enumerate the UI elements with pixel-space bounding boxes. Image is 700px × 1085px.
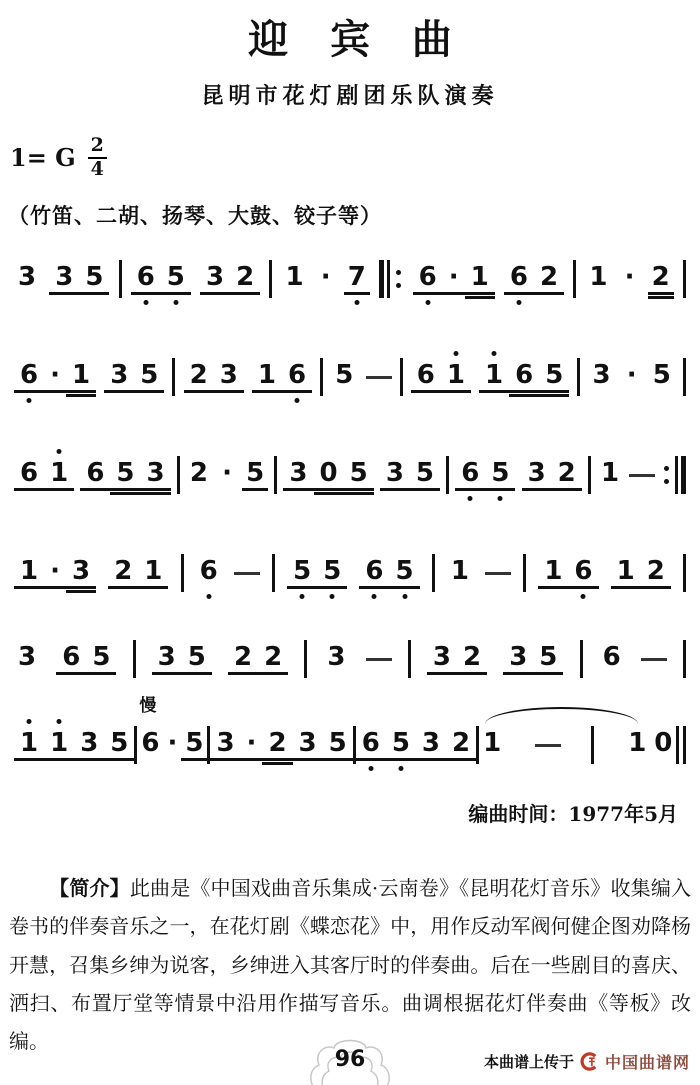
site-name: 中国曲谱网 — [605, 1050, 690, 1073]
note-digit: 6 — [461, 458, 479, 488]
key-time-row: 1= G 2 4 — [0, 136, 700, 180]
note: 5 — [110, 458, 140, 491]
note: 5 — [182, 642, 212, 675]
note: 6 — [56, 642, 86, 675]
note: 3 — [104, 360, 134, 393]
beam-group: 35 — [74, 728, 134, 761]
note-digit: · — [321, 262, 331, 292]
note-digit: 3 — [299, 728, 317, 758]
note-digit: 0 — [320, 458, 338, 488]
note-digit: 6 — [137, 262, 155, 292]
note-digit: · — [247, 728, 257, 758]
note: · — [621, 262, 639, 295]
note: 3 — [66, 556, 96, 589]
note-digit: 3 — [433, 642, 451, 672]
note: 7 — [344, 262, 370, 295]
beam-group: 65 — [455, 458, 515, 491]
note: 3 — [323, 642, 349, 675]
note-digit: 2 — [558, 458, 576, 488]
barline — [172, 358, 175, 396]
note: 5 — [317, 556, 347, 589]
note: 6 — [196, 556, 222, 589]
note-digit: 1 — [20, 728, 38, 758]
note: 2 — [641, 556, 671, 589]
note: 3 — [214, 360, 244, 393]
note-digit: 5 — [491, 458, 509, 488]
note-digit: 6 — [603, 642, 621, 672]
beam-group: 65 — [359, 556, 419, 589]
page-number: 96 — [305, 1047, 395, 1072]
note: 6 — [14, 360, 44, 393]
note: 6 — [455, 458, 485, 491]
duration-dash — [366, 658, 392, 661]
duration-dash — [629, 474, 655, 477]
high-octave-dot — [453, 351, 458, 356]
note-digit: 6 — [62, 642, 80, 672]
duration-dash — [641, 658, 667, 661]
repeat-end-barline — [661, 456, 686, 494]
note: 3 — [49, 262, 79, 295]
note-digit: 3 — [18, 262, 36, 292]
note: 6 — [359, 556, 389, 589]
note: 1 — [44, 728, 74, 761]
note-digit: 2 — [190, 458, 208, 488]
note: 1 — [597, 458, 623, 491]
note: 5 — [287, 556, 317, 589]
note: 5 — [86, 642, 116, 675]
note-digit: 3 — [289, 458, 307, 488]
note: 3 — [14, 642, 40, 675]
beam-group: 35 — [152, 642, 212, 675]
key-signature: 1= G — [10, 143, 76, 172]
high-octave-dot — [27, 719, 32, 724]
thin — [387, 260, 390, 298]
intro-body: 此曲是《中国戏曲音乐集成·云南卷》《昆明花灯音乐》收集编入卷书的伴奏音乐之一，在… — [9, 876, 691, 1054]
note: 2 — [186, 458, 212, 491]
duration-dash — [535, 744, 561, 747]
beam-group: 165 — [479, 360, 569, 393]
note-digit: · — [625, 262, 635, 292]
note-digit: · — [167, 728, 177, 758]
note: 6慢 — [137, 728, 163, 761]
note-digit: 6 — [20, 360, 38, 390]
note: 5 — [181, 728, 207, 761]
beam-group: 32 — [522, 458, 582, 491]
note: 5 — [331, 360, 357, 393]
note-digit: 2 — [114, 556, 132, 586]
low-octave-dot — [372, 594, 377, 599]
note-digit: 3 — [422, 728, 440, 758]
barline — [133, 640, 136, 678]
note-digit: 5 — [185, 728, 203, 758]
note: · — [218, 458, 236, 491]
arrangement-date: 编曲时间：1977年5月 — [0, 798, 700, 827]
note: 6 — [599, 642, 625, 675]
note-digit: 1 — [286, 262, 304, 292]
upload-text: 本曲谱上传于 — [484, 1051, 574, 1072]
note-digit: 5 — [110, 728, 128, 758]
note: 1 — [14, 728, 44, 761]
note-digit: 5 — [545, 360, 563, 390]
note-digit: 6 — [510, 262, 528, 292]
note-digit: 5 — [329, 728, 347, 758]
beam-group: 6·1 — [14, 360, 96, 393]
note: 5 — [79, 262, 109, 295]
note: 0 — [650, 728, 676, 761]
beam-group: 55 — [287, 556, 347, 589]
beam-group: 16 — [538, 556, 598, 589]
footer-credit: 本曲谱上传于 中国曲谱网 — [484, 1050, 690, 1073]
score: 33565321·76·1621·26·13523165611653·56165… — [0, 256, 700, 768]
note-digit: 3 — [593, 360, 611, 390]
barline — [400, 358, 403, 396]
sixteenth-beam — [314, 492, 344, 495]
low-octave-dot — [398, 766, 403, 771]
barline — [304, 640, 307, 678]
note-digit: 5 — [293, 556, 311, 586]
note-digit: 5 — [85, 262, 103, 292]
high-octave-dot — [57, 719, 62, 724]
note-digit: 2 — [647, 556, 665, 586]
note: 5 — [386, 728, 416, 761]
note: 6 — [413, 262, 443, 295]
time-signature: 2 4 — [88, 136, 107, 180]
note: 2 — [648, 262, 674, 295]
note-digit: 2 — [463, 642, 481, 672]
note: 3 — [589, 360, 615, 393]
note-digit: 6 — [574, 556, 592, 586]
note-digit: 1 — [50, 458, 68, 488]
sixteenth-beam — [66, 590, 96, 593]
note: 3 — [522, 458, 552, 491]
note: 3 — [74, 728, 104, 761]
note-digit: 1 — [72, 360, 90, 390]
note: 2 — [262, 728, 292, 761]
beam-group: 35 — [503, 642, 563, 675]
note-digit: 3 — [158, 642, 176, 672]
note-digit: 5 — [653, 360, 671, 390]
note-digit: · — [222, 458, 232, 488]
note: 1 — [479, 360, 509, 393]
note-digit: 1 — [589, 262, 607, 292]
sixteenth-beam — [465, 296, 495, 299]
thin — [683, 726, 686, 764]
sixteenth-beam — [509, 394, 539, 397]
barline — [269, 260, 272, 298]
beam-group: 11 — [14, 728, 74, 761]
dots — [396, 270, 401, 288]
note: 6 — [411, 360, 441, 393]
beam-group: 65 — [131, 262, 191, 295]
low-octave-dot — [425, 300, 430, 305]
note-digit: 3 — [80, 728, 98, 758]
note-digit: 5 — [167, 262, 185, 292]
note: 0 — [314, 458, 344, 491]
beam-group: 1·3 — [14, 556, 96, 589]
note: 2 — [230, 262, 260, 295]
barline — [577, 358, 580, 396]
beam-group: 6·1 — [413, 262, 495, 295]
beam-group: 35 — [104, 360, 164, 393]
repeat-dot — [396, 270, 401, 275]
note-digit: 5 — [416, 458, 434, 488]
barline — [523, 554, 526, 592]
repeat-dot — [664, 466, 669, 471]
sixteenth-beam — [141, 492, 171, 495]
note-digit: 3 — [55, 262, 73, 292]
note-digit: 1 — [447, 360, 465, 390]
note: 6 — [131, 262, 161, 295]
note-digit: 1 — [471, 262, 489, 292]
beam-group: 32 — [200, 262, 260, 295]
note: 1 — [538, 556, 568, 589]
barline — [274, 456, 277, 494]
score-line: 11356慢·53·2356532110 — [14, 722, 686, 768]
barline — [573, 260, 576, 298]
note-digit: 1 — [601, 458, 619, 488]
note-digit: 5 — [392, 728, 410, 758]
dots — [664, 466, 669, 484]
note: 6 — [356, 728, 386, 761]
note-digit: 3 — [110, 360, 128, 390]
note: 5 — [390, 556, 420, 589]
note: 2 — [108, 556, 138, 589]
song-title: 迎 宾 曲 — [0, 8, 700, 65]
barline — [408, 640, 411, 678]
beam-group: 35 — [293, 728, 353, 761]
time-signature-top: 2 — [88, 136, 107, 159]
beam-group: 22 — [228, 642, 288, 675]
note: 1 — [624, 728, 650, 761]
barline — [588, 456, 591, 494]
low-octave-dot — [468, 496, 473, 501]
note-digit: 1 — [483, 728, 501, 758]
final-barline — [676, 726, 686, 764]
beam-group: 61 — [14, 458, 74, 491]
repeat-dot — [664, 479, 669, 484]
beam-group: 305 — [283, 458, 373, 491]
sixteenth-beam — [262, 762, 292, 765]
barline — [320, 358, 323, 396]
beam-group: 3·2 — [210, 728, 292, 761]
sixteenth-beam — [110, 492, 140, 495]
note-digit: 6 — [365, 556, 383, 586]
score-line: 1·3216556511612 — [14, 550, 686, 596]
note-digit: 6 — [362, 728, 380, 758]
note: 5 — [242, 458, 268, 491]
note-digit: 3 — [220, 360, 238, 390]
note: · — [163, 728, 181, 761]
note-digit: · — [50, 556, 60, 586]
time-signature-bottom: 4 — [88, 159, 107, 180]
note: 6 — [14, 458, 44, 491]
note: · — [443, 262, 465, 295]
note-digit: 6 — [515, 360, 533, 390]
site-logo-icon — [580, 1052, 599, 1071]
beam-group: 35 — [380, 458, 440, 491]
note-digit: 6 — [86, 458, 104, 488]
note: 1 — [479, 728, 505, 761]
high-octave-dot — [492, 351, 497, 356]
score-line: 616532·53053565321 — [14, 452, 686, 498]
note-digit: 1 — [628, 728, 646, 758]
note-digit: 1 — [144, 556, 162, 586]
note-digit: 1 — [451, 556, 469, 586]
note-digit: 5 — [140, 360, 158, 390]
barline — [272, 554, 275, 592]
note-digit: 2 — [190, 360, 208, 390]
note-digit: 2 — [234, 642, 252, 672]
note-digit: 3 — [327, 642, 345, 672]
note-digit: 6 — [419, 262, 437, 292]
low-octave-dot — [173, 300, 178, 305]
note: 2 — [457, 642, 487, 675]
note: 5 — [323, 728, 353, 761]
note: 1 — [447, 556, 473, 589]
note-digit: 5 — [350, 458, 368, 488]
note-digit: 3 — [147, 458, 165, 488]
note: · — [44, 360, 66, 393]
note-digit: 1 — [20, 556, 38, 586]
note-digit: 1 — [258, 360, 276, 390]
note: · — [241, 728, 263, 761]
note: 3 — [152, 642, 182, 675]
note: 6 — [504, 262, 534, 295]
note: 5 — [104, 728, 134, 761]
note: 2 — [184, 360, 214, 393]
repeat-begin-barline — [379, 260, 404, 298]
beam-group: 16 — [252, 360, 312, 393]
note: 3 — [141, 458, 171, 491]
note: 5 — [161, 262, 191, 295]
barline — [683, 260, 686, 298]
note: 3 — [416, 728, 446, 761]
barline — [683, 358, 686, 396]
barline — [177, 456, 180, 494]
note: 5 — [485, 458, 515, 491]
note: 3 — [427, 642, 457, 675]
note-digit: 5 — [116, 458, 134, 488]
note: 5 — [649, 360, 675, 393]
note: 1 — [585, 262, 611, 295]
score-line: 3653522332356 — [14, 636, 686, 682]
note: 5 — [410, 458, 440, 491]
low-octave-dot — [498, 496, 503, 501]
barline — [591, 726, 594, 764]
note: 3 — [14, 262, 40, 295]
note: 1 — [465, 262, 495, 295]
sixteenth-beam — [66, 394, 96, 397]
note: 5 — [539, 360, 569, 393]
note: 1 — [14, 556, 44, 589]
note-digit: 3 — [528, 458, 546, 488]
note-digit: · — [50, 360, 60, 390]
note-digit: 3 — [216, 728, 234, 758]
note: · — [44, 556, 66, 589]
note: 1 — [611, 556, 641, 589]
sixteenth-beam — [344, 492, 374, 495]
low-octave-dot — [402, 594, 407, 599]
note-digit: 7 — [348, 262, 366, 292]
beam-group: 32 — [427, 642, 487, 675]
note-digit: 6 — [20, 458, 38, 488]
note: 5 — [344, 458, 374, 491]
beam-group: 12 — [611, 556, 671, 589]
note-digit: 1 — [50, 728, 68, 758]
beam-group: 61 — [411, 360, 471, 393]
tie-arc — [485, 707, 638, 724]
beam-group: 21 — [108, 556, 168, 589]
note: 3 — [200, 262, 230, 295]
instruments-note: （竹笛、二胡、扬琴、大鼓、铰子等） — [0, 200, 700, 230]
note-digit: 2 — [652, 262, 670, 292]
beam-group: 32 — [416, 728, 476, 761]
beam-group: 62 — [504, 262, 564, 295]
note: · — [317, 262, 335, 295]
note: 5 — [134, 360, 164, 393]
note: 5 — [533, 642, 563, 675]
note: 3 — [503, 642, 533, 675]
barline — [181, 554, 184, 592]
note: 3 — [283, 458, 313, 491]
note-digit: 5 — [323, 556, 341, 586]
note-digit: 6 — [417, 360, 435, 390]
thick — [681, 456, 686, 494]
note-digit: 5 — [246, 458, 264, 488]
thin — [675, 456, 678, 494]
note-digit: 5 — [188, 642, 206, 672]
note: 1 — [44, 458, 74, 491]
beam-group: 653 — [80, 458, 170, 491]
note-digit: 3 — [509, 642, 527, 672]
note: 6 — [509, 360, 539, 393]
note: 6 — [568, 556, 598, 589]
note: 3 — [293, 728, 323, 761]
thick — [379, 260, 384, 298]
note-digit: 6 — [200, 556, 218, 586]
note-digit: 5 — [335, 360, 353, 390]
note: 2 — [552, 458, 582, 491]
note-digit: 2 — [264, 642, 282, 672]
note-digit: 5 — [539, 642, 557, 672]
barline — [580, 640, 583, 678]
low-octave-dot — [27, 398, 32, 403]
note: 6 — [282, 360, 312, 393]
note-digit: 6 — [141, 728, 159, 758]
note: 1 — [138, 556, 168, 589]
page-number-ornament: 96 — [305, 1033, 395, 1085]
note-digit: 3 — [206, 262, 224, 292]
performer-subtitle: 昆明市花灯剧团乐队演奏 — [0, 79, 700, 110]
note: 6 — [80, 458, 110, 491]
note-digit: 3 — [18, 642, 36, 672]
note: 3 — [380, 458, 410, 491]
beam-group: 65 — [56, 642, 116, 675]
note-digit: 2 — [236, 262, 254, 292]
barline — [683, 640, 686, 678]
note-digit: 2 — [268, 728, 286, 758]
thin — [676, 726, 679, 764]
note: 2 — [258, 642, 288, 675]
sixteenth-beam — [648, 296, 674, 299]
high-octave-dot — [57, 449, 62, 454]
low-octave-dot — [206, 594, 211, 599]
barline — [119, 260, 122, 298]
low-octave-dot — [581, 594, 586, 599]
note-digit: 3 — [386, 458, 404, 488]
low-octave-dot — [516, 300, 521, 305]
beam-group: 35 — [49, 262, 109, 295]
